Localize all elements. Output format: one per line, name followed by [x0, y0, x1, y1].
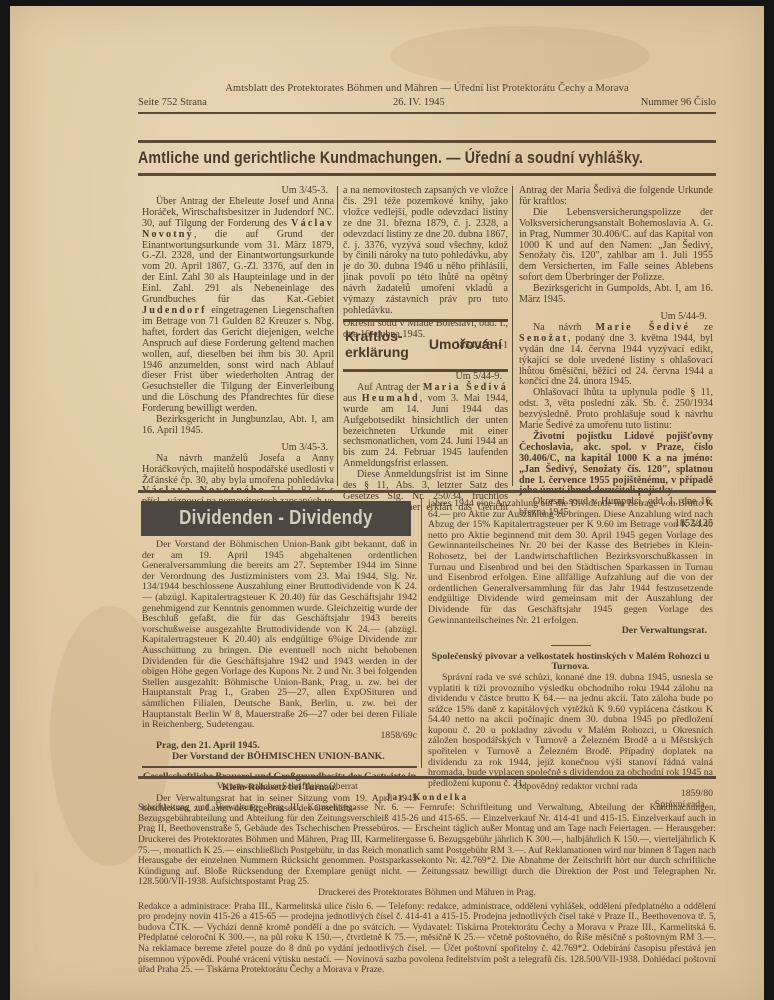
responsible-editor-row: Verantwortlicher Schriftleiter Oberrat O…: [138, 782, 716, 793]
divider: [138, 173, 716, 176]
notice-column-3: Antrag der Maria Šedivá die folgende Urk…: [519, 186, 713, 530]
bank-signature: Der Vorstand der BÖHMISCHEN UNION-BANK.: [142, 752, 417, 763]
notice-column-1: Um 3/45-3. Über Antrag der Eheleute Jose…: [142, 186, 334, 530]
notice-text: Životní pojistku Lidové pojišťovny Čecho…: [519, 432, 713, 497]
column-divider: [421, 498, 422, 768]
company-heading: Společenský pivovar a velkostatek hostin…: [428, 652, 713, 673]
divider: [138, 112, 716, 114]
heading-cz: Umořování: [429, 336, 502, 352]
issue-date: 26. IV. 1945: [393, 97, 445, 108]
printer-de: Druckerei des Protektorates Böhmen und M…: [138, 888, 716, 899]
notice-text: Správní rada ve své schůzi, konané dne 1…: [428, 673, 713, 790]
notice-text: Auf Antrag der Maria Šedivá aus Heumahd,…: [343, 383, 508, 470]
notice-text: jahres 1944 eine Anzahlung auf die Divid…: [428, 499, 713, 626]
notice-text: Über Antrag der Eheleute Josef und Anna …: [142, 197, 334, 415]
notice-text: Na návrh Marie Šedivé ze Senožat, podaný…: [519, 323, 713, 388]
kraftloserklaerung-heading: Kraftlos-erklärung Umořování: [343, 319, 508, 372]
column-divider: [337, 186, 338, 486]
imprint-de: Schriftleitung und Verwaltung: Prag III,…: [138, 803, 716, 888]
page-number: Seite 752 Strana: [138, 97, 207, 108]
court-signature: Bezirksgericht in Jungbunzlau, Abt. I, a…: [142, 415, 334, 437]
responsible-de: Verantwortlicher Schriftleiter Oberrat: [217, 782, 358, 793]
notice-text: Die Lebensversicherungspolizze der Volks…: [519, 208, 713, 284]
paper-stain: [390, 26, 650, 86]
masthead: Amtsblatt des Protektorates Böhmen und M…: [138, 83, 716, 94]
column-divider: [512, 186, 513, 486]
imprint: Verantwortlicher Schriftleiter Oberrat O…: [138, 782, 716, 976]
divider: [551, 645, 591, 646]
board-signature: Der Verwaltungsrat.: [428, 626, 713, 637]
issue-number: Nummer 96 Číslo: [641, 97, 716, 108]
divider: [138, 776, 716, 779]
divider: [142, 766, 417, 768]
imprint-cz: Redakce a administrace: Praha III., Karm…: [138, 902, 716, 976]
notice-text: a na nemovitostech zapsaných ve vložce č…: [343, 186, 508, 317]
dividends-right-column: jahres 1944 eine Anzahlung auf die Divid…: [428, 499, 713, 811]
notice-text: Antrag der Maria Šedivá die folgende Urk…: [519, 186, 713, 208]
notice-text: Der Vorstand der Böhmischen Union-Bank g…: [142, 540, 417, 731]
dividends-left-column: Der Vorstand der Böhmischen Union-Bank g…: [142, 540, 417, 815]
section-title: Amtliche und gerichtliche Kundmachungen.…: [138, 149, 635, 168]
dividends-banner: Dividenden - Dividendy: [141, 501, 411, 536]
heading-de: Kraftlos-erklärung: [345, 328, 409, 360]
court-signature: Bezirksgericht in Gumpolds, Abt. I, am 1…: [519, 284, 713, 306]
divider: [138, 490, 716, 493]
divider: [138, 140, 716, 143]
editor-name: Jar. Kondelka: [138, 793, 716, 804]
newspaper-page: Amtsblatt des Protektorates Böhmen und M…: [10, 6, 764, 1000]
notice-text: Ohlašovací lhůta ta uplynula podle § 11,…: [519, 388, 713, 432]
responsible-cz: Odpovědný redaktor vrchní rada: [515, 782, 637, 793]
